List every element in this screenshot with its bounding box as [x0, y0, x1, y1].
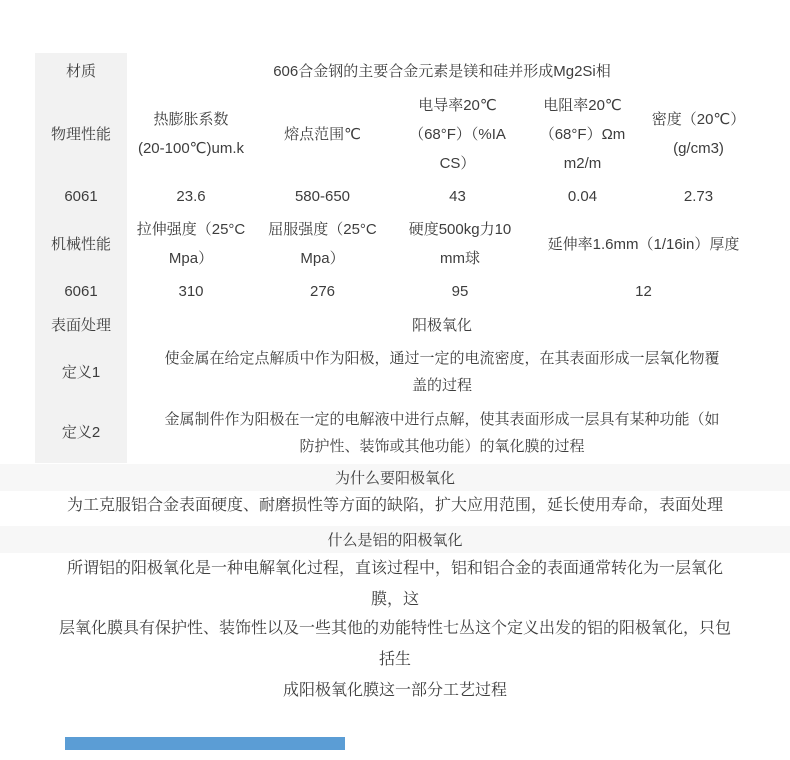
- mechanical-header-tensile: 拉伸强度（25°C Mpa）: [127, 214, 255, 274]
- row-label-material: 材质: [35, 53, 127, 89]
- horizontal-scrollbar-thumb[interactable]: [65, 737, 345, 750]
- section-title-what-is-anodizing: 什么是铝的阳极氧化: [0, 526, 790, 553]
- physical-header-conductivity: 电导率20℃ （68°F）（%IA CS）: [390, 89, 525, 179]
- surface-value: 阳极氧化: [127, 309, 757, 342]
- table-row-surface: 表面处理 阳极氧化: [35, 309, 757, 342]
- table-row-physical-header: 物理性能 热膨胀系数 (20-100℃)um.k 熔点范围℃ 电导率20℃ （6…: [35, 89, 757, 179]
- row-label-surface: 表面处理: [35, 309, 127, 342]
- row-label-mechanical: 机械性能: [35, 214, 127, 274]
- mechanical-value-yield: 276: [255, 274, 390, 309]
- physical-value-melting: 580-650: [255, 179, 390, 214]
- section-body-what-3: 成阳极氧化膜这一部分工艺过程: [0, 676, 790, 706]
- physical-header-resistivity: 电阻率20℃ （68°F）Ωm m2/m: [525, 89, 640, 179]
- physical-header-density: 密度（20℃） (g/cm3): [640, 89, 757, 179]
- row-label-6061-mechanical: 6061: [35, 274, 127, 309]
- section-body-why-anodize: 为工克服铝合金表面硬度、耐磨损性等方面的缺陷，扩大应用范围，延长使用寿命，表面处…: [0, 491, 790, 520]
- definition1-value: 使金属在给定点解质中作为阳极，通过一定的电流密度，在其表面形成一层氧化物覆 盖的…: [127, 342, 757, 402]
- definition2-value: 金属制件作为阳极在一定的电解液中进行点解，使其表面形成一层具有某种功能（如 防护…: [127, 402, 757, 463]
- alloy-spec-table: 材质 606合金钢的主要合金元素是镁和硅并形成Mg2Si相 物理性能 热膨胀系数…: [35, 53, 757, 463]
- material-value: 606合金钢的主要合金元素是镁和硅并形成Mg2Si相: [127, 53, 757, 89]
- document-page: 材质 606合金钢的主要合金元素是镁和硅并形成Mg2Si相 物理性能 热膨胀系数…: [0, 0, 790, 760]
- row-label-definition1: 定义1: [35, 342, 127, 402]
- physical-value-conductivity: 43: [390, 179, 525, 214]
- physical-header-melting: 熔点范围℃: [255, 89, 390, 179]
- table-row-mechanical-header: 机械性能 拉伸强度（25°C Mpa） 屈服强度（25°C Mpa） 硬度500…: [35, 214, 757, 274]
- section-body-what-1: 所谓铝的阳极氧化是一种电解氧化过程，直该过程中，铝和铝合金的表面通常转化为一层氧…: [0, 553, 790, 615]
- table-row-material: 材质 606合金钢的主要合金元素是镁和硅并形成Mg2Si相: [35, 53, 757, 89]
- mechanical-header-yield: 屈服强度（25°C Mpa）: [255, 214, 390, 274]
- table-row-definition2: 定义2 金属制件作为阳极在一定的电解液中进行点解，使其表面形成一层具有某种功能（…: [35, 402, 757, 463]
- mechanical-value-elongation: 12: [530, 274, 757, 309]
- mechanical-header-hardness: 硬度500kg力10 mm球: [390, 214, 530, 274]
- row-label-definition2: 定义2: [35, 402, 127, 463]
- physical-value-expansion: 23.6: [127, 179, 255, 214]
- mechanical-value-hardness: 95: [390, 274, 530, 309]
- row-label-6061-physical: 6061: [35, 179, 127, 214]
- row-label-physical: 物理性能: [35, 89, 127, 179]
- physical-header-expansion: 热膨胀系数 (20-100℃)um.k: [127, 89, 255, 179]
- table-row-mechanical-values: 6061 310 276 95 12: [35, 274, 757, 309]
- physical-value-density: 2.73: [640, 179, 757, 214]
- mechanical-header-elongation: 延伸率1.6mm（1/16in）厚度: [530, 214, 757, 274]
- table-row-physical-values: 6061 23.6 580-650 43 0.04 2.73: [35, 179, 757, 214]
- section-title-why-anodize: 为什么要阳极氧化: [0, 464, 790, 491]
- section-body-what-2: 层氧化膜具有保护性、装饰性以及一些其他的劝能特性七丛这个定义出发的铝的阳极氧化，…: [0, 613, 790, 675]
- mechanical-value-tensile: 310: [127, 274, 255, 309]
- table-row-definition1: 定义1 使金属在给定点解质中作为阳极，通过一定的电流密度，在其表面形成一层氧化物…: [35, 342, 757, 402]
- physical-value-resistivity: 0.04: [525, 179, 640, 214]
